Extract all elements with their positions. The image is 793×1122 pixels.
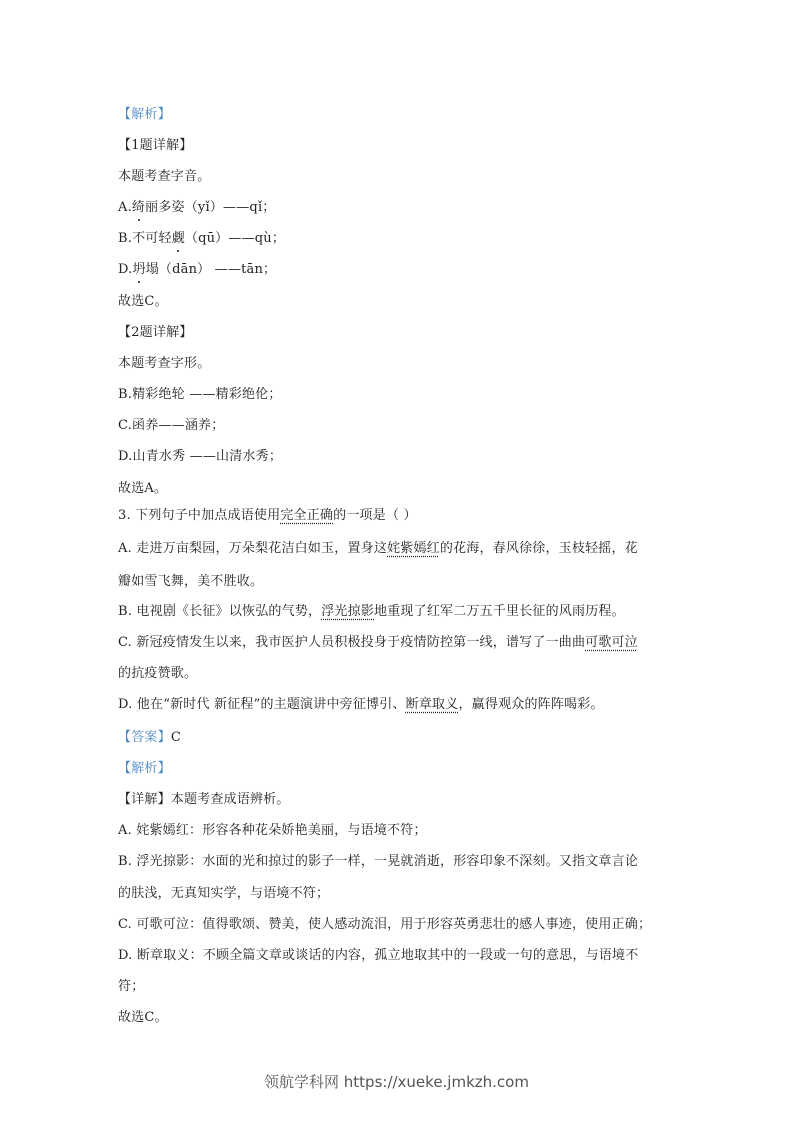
q1-answer: 故选C。 xyxy=(118,294,168,310)
q2-item-c: C.函养——涵养； xyxy=(118,418,224,434)
q2-intro: 本题考查字形。 xyxy=(118,356,210,372)
question3-stem: 3. 下列句子中加点成语使用完全正确的一项是（ ） xyxy=(118,508,417,524)
option-a-line2: 瓣如雪飞舞，美不胜收。 xyxy=(118,574,263,590)
dotted-phrase: 姹紫嫣红 xyxy=(387,541,440,556)
option-text: A. 走进万亩梨园，万朵梨花洁白如玉，置身这 xyxy=(118,541,387,556)
item-prefix: A. xyxy=(118,200,132,215)
option-d: D. 他在“新时代 新征程”的主题演讲中旁征博引、断章取义，赢得观众的阵阵喝彩。 xyxy=(118,697,604,713)
option-text: C. 新冠疫情发生以来，我市医护人员积极投身于疫情防控第一线，谱写了一曲曲 xyxy=(118,635,585,650)
q2-header: 【2题详解】 xyxy=(118,325,192,341)
stem-text: 3. 下列句子中加点成语使用 xyxy=(118,508,280,523)
footer-watermark: 领航学科网 https://xueke.jmkzh.com xyxy=(0,1071,793,1092)
q2-item-b: B.精彩绝轮 ——精彩绝伦； xyxy=(118,387,282,403)
explanation-d-line1: D. 断章取义：不顾全篇文章或谈话的内容，孤立地取其中的一段或一句的意思，与语境… xyxy=(118,948,638,964)
explanation-b-line2: 的肤浅，无真知实学，与语境不符； xyxy=(118,886,329,902)
option-c-line1: C. 新冠疫情发生以来，我市医护人员积极投身于疫情防控第一线，谱写了一曲曲可歌可… xyxy=(118,635,638,651)
explanation-a: A. 姹紫嫣红：形容各种花朵娇艳美丽，与语境不符； xyxy=(118,823,427,839)
q1-item-b: B.不可轻觑（qū）——qù； xyxy=(118,231,285,247)
item-prefix: D. xyxy=(118,262,133,277)
option-text: 地重现了红军二万五千里长征的风雨历程。 xyxy=(374,604,625,619)
analysis-tag-2: 【解析】 xyxy=(118,761,171,777)
option-text: ，赢得观众的阵阵喝彩。 xyxy=(458,697,603,712)
item-rest: 丽多姿（yǐ）——qǐ； xyxy=(145,200,275,215)
detail-tag: 【详解】 xyxy=(118,792,171,807)
detail-intro: 本题考查成语辨析。 xyxy=(171,792,290,807)
option-c-line2: 的抗疫赞歌。 xyxy=(118,666,197,682)
option-b: B. 电视剧《长征》以恢弘的气势，浮光掠影地重现了红军二万五千里长征的风雨历程。 xyxy=(118,604,625,620)
option-text: D. 他在“新时代 新征程”的主题演讲中旁征博引、 xyxy=(118,697,406,712)
dotted-char: 坍 xyxy=(133,262,146,278)
dotted-phrase: 可歌可泣 xyxy=(585,635,638,650)
option-a-line1: A. 走进万亩梨园，万朵梨花洁白如玉，置身这姹紫嫣红的花海，春风徐徐，玉枝轻摇，… xyxy=(118,541,638,557)
dotted-phrase: 完全正确 xyxy=(280,508,333,523)
dotted-char: 觑 xyxy=(172,231,185,247)
stem-text: 的一项是（ ） xyxy=(333,508,417,523)
explanation-d-line2: 符； xyxy=(118,979,144,995)
detail-line: 【详解】本题考查成语辨析。 xyxy=(118,792,290,808)
q2-item-d: D.山青水秀 ——山清水秀； xyxy=(118,449,282,465)
dotted-char: 绮 xyxy=(132,200,145,216)
q1-item-a: A.绮丽多姿（yǐ）——qǐ； xyxy=(118,200,276,216)
answer-value: C xyxy=(171,730,181,745)
conclusion: 故选C。 xyxy=(118,1010,168,1026)
item-rest: （qū）——qù； xyxy=(185,231,285,246)
q1-intro: 本题考查字音。 xyxy=(118,169,210,185)
dotted-phrase: 浮光掠影 xyxy=(321,604,374,619)
dotted-phrase: 断章取义 xyxy=(406,697,459,712)
q2-answer: 故选A。 xyxy=(118,481,167,497)
q1-item-d: D.坍塌（dān） ——tān； xyxy=(118,262,276,278)
option-text: B. 电视剧《长征》以恢弘的气势， xyxy=(118,604,321,619)
analysis-tag: 【解析】 xyxy=(118,107,171,123)
q1-header: 【1题详解】 xyxy=(118,138,192,154)
answer-line: 【答案】C xyxy=(118,730,181,746)
explanation-b-line1: B. 浮光掠影：水面的光和掠过的影子一样，一晃就消逝，形容印象不深刻。又指文章言… xyxy=(118,854,638,870)
item-prefix: B.不可轻 xyxy=(118,231,172,246)
explanation-c: C. 可歌可泣：值得歌颂、赞美，使人感动流泪，用于形容英勇悲壮的感人事迹，使用正… xyxy=(118,917,651,933)
answer-tag: 【答案】 xyxy=(118,730,171,745)
item-rest: 塌（dān） ——tān； xyxy=(146,262,277,277)
option-text: 的花海，春风徐徐，玉枝轻摇，花 xyxy=(440,541,638,556)
